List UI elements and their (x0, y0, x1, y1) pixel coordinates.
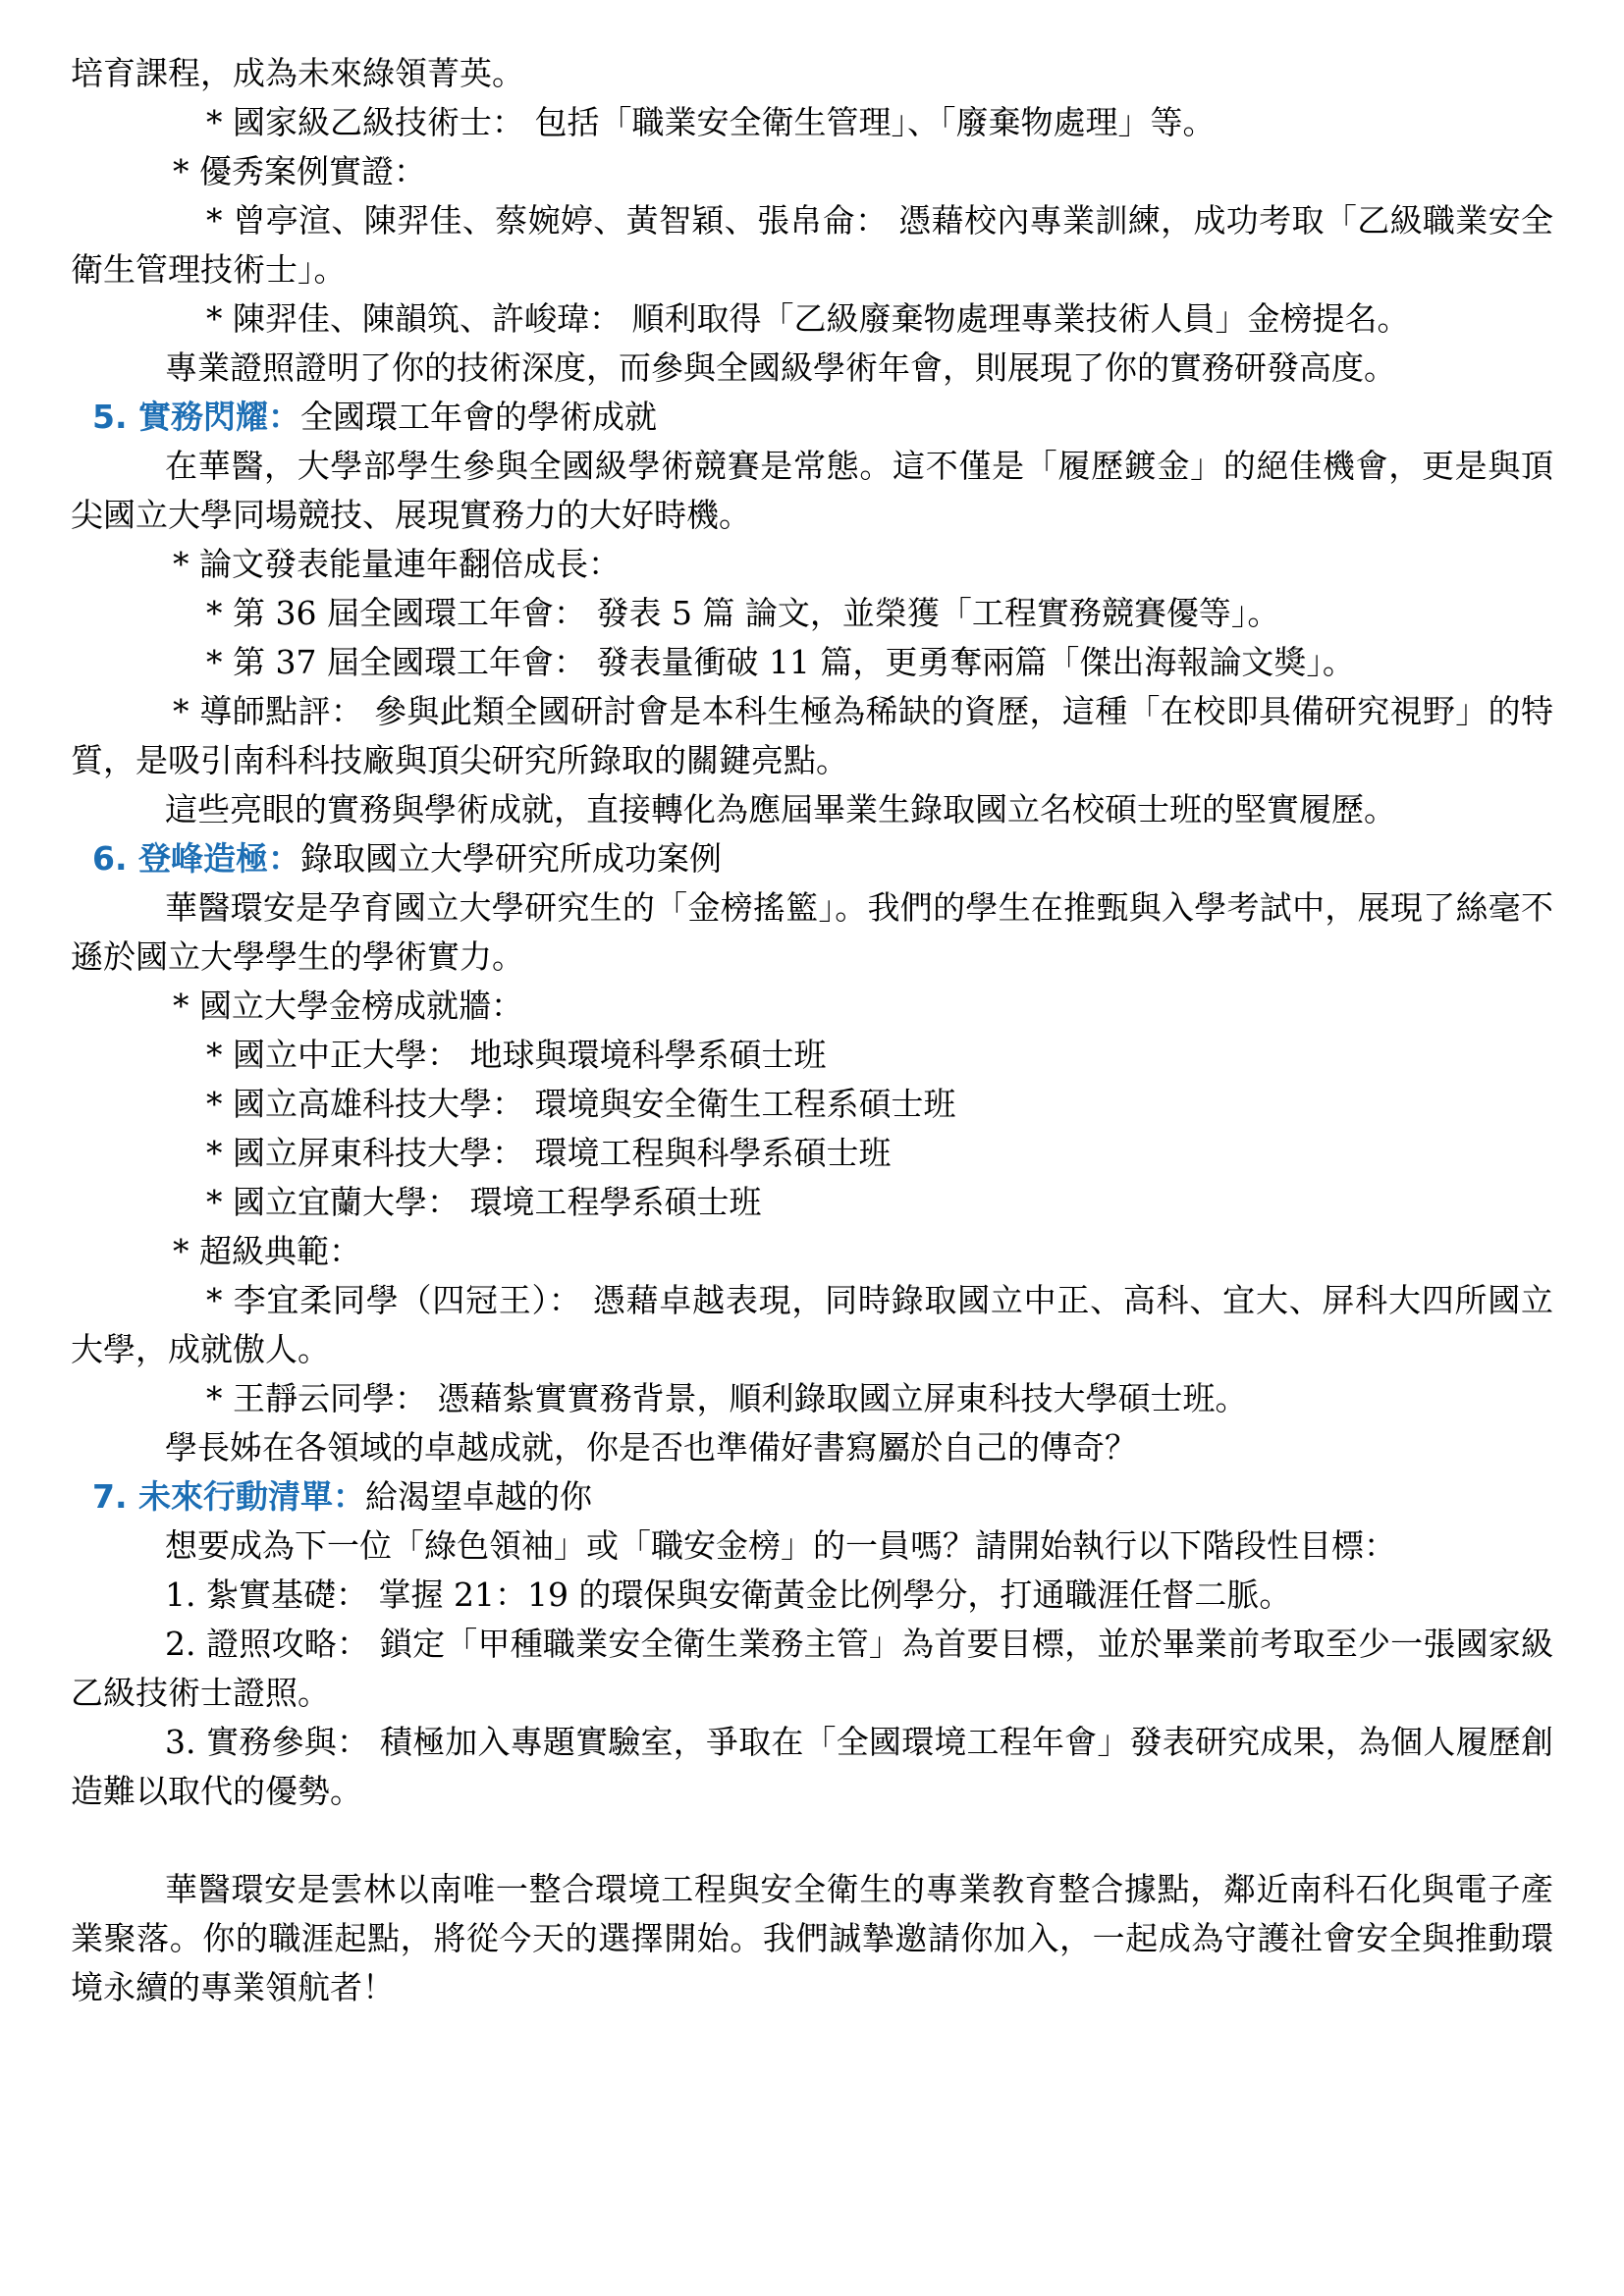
paragraph-text: 培育課程，成為未來綠領菁英。 (71, 54, 524, 92)
paragraph-text: * 國立中正大學： 地球與環境科學系碩士班 (206, 1036, 826, 1074)
paragraph: * 王靜云同學： 憑藉紮實實務背景，順利錄取國立屏東科技大學碩士班。 (71, 1374, 1553, 1423)
paragraph-text: 1. 紮實基礎： 掌握 21：19 的環保與安衛黃金比例學分，打通職涯任督二脈。 (165, 1575, 1291, 1614)
paragraph: 3. 實務參與： 積極加入專題實驗室，爭取在「全國環境工程年會」發表研究成果，為… (71, 1718, 1553, 1816)
paragraph-text: * 曾亭渲、陳羿佳、蔡婉婷、黃智穎、張帛侖： 憑藉校內專業訓練，成功考取「乙級職… (71, 201, 1553, 289)
paragraph: * 超級典範： (71, 1227, 1553, 1276)
section-heading-subtitle: 給渴望卓越的你 (365, 1477, 592, 1516)
section-heading-subtitle: 錄取國立大學研究所成功案例 (300, 839, 722, 878)
paragraph-text: * 國立高雄科技大學： 環境與安全衛生工程系碩士班 (206, 1085, 955, 1123)
paragraph: * 李宜柔同學（四冠王）： 憑藉卓越表現，同時錄取國立中正、高科、宜大、屏科大四… (71, 1276, 1553, 1374)
blank-line (71, 1816, 1553, 1865)
paragraph-text: 這些亮眼的實務與學術成就，直接轉化為應屆畢業生錄取國立名校碩士班的堅實履歷。 (165, 790, 1396, 828)
paragraph: * 導師點評： 參與此類全國研討會是本科生極為稀缺的資歷，這種「在校即具備研究視… (71, 687, 1553, 785)
section-heading-number-title: 6. 登峰造極： (92, 839, 300, 878)
paragraph-text: * 導師點評： 參與此類全國研討會是本科生極為稀缺的資歷，這種「在校即具備研究視… (71, 692, 1553, 779)
paragraph-text: 在華醫，大學部學生參與全國級學術競賽是常態。這不僅是「履歷鍍金」的絕佳機會，更是… (71, 447, 1553, 534)
paragraph-text: 華醫環安是孕育國立大學研究生的「金榜搖籃」。我們的學生在推甄與入學考試中，展現了… (71, 888, 1553, 976)
paragraph: * 曾亭渲、陳羿佳、蔡婉婷、黃智穎、張帛侖： 憑藉校內專業訓練，成功考取「乙級職… (71, 196, 1553, 294)
paragraph-text: 專業證照證明了你的技術深度，而參與全國級學術年會，則展現了你的實務研發高度。 (165, 348, 1396, 387)
paragraph-text: * 第 36 屆全國環工年會： 發表 5 篇 論文，並榮獲「工程實務競賽優等」。 (206, 594, 1279, 632)
paragraph-text: * 陳羿佳、陳韻筑、許峻瑋： 順利取得「乙級廢棄物處理專業技術人員」金榜提名。 (206, 299, 1409, 338)
section-heading-number-title: 5. 實務閃耀： (92, 398, 300, 436)
paragraph: * 國立宜蘭大學： 環境工程學系碩士班 (71, 1178, 1553, 1227)
paragraph: 1. 紮實基礎： 掌握 21：19 的環保與安衛黃金比例學分，打通職涯任督二脈。 (71, 1571, 1553, 1620)
paragraph: * 國立高雄科技大學： 環境與安全衛生工程系碩士班 (71, 1080, 1553, 1129)
paragraph-text: * 國立宜蘭大學： 環境工程學系碩士班 (206, 1183, 761, 1221)
paragraph-text: * 超級典範： (173, 1232, 361, 1270)
section-heading: 6. 登峰造極：錄取國立大學研究所成功案例 (71, 834, 1553, 883)
paragraph-text: 2. 證照攻略： 鎖定「甲種職業安全衛生業務主管」為首要目標，並於畢業前考取至少… (71, 1625, 1553, 1712)
section-heading: 5. 實務閃耀：全國環工年會的學術成就 (71, 393, 1553, 442)
section-heading: 7. 未來行動清單：給渴望卓越的你 (71, 1472, 1553, 1522)
paragraph-text: * 國立屏東科技大學： 環境工程與科學系碩士班 (206, 1134, 891, 1172)
paragraph: * 第 37 屆全國環工年會： 發表量衝破 11 篇，更勇奪兩篇「傑出海報論文獎… (71, 638, 1553, 687)
section-heading-number-title: 7. 未來行動清單： (92, 1477, 365, 1516)
paragraph: * 優秀案例實證： (71, 147, 1553, 196)
paragraph: * 第 36 屆全國環工年會： 發表 5 篇 論文，並榮獲「工程實務競賽優等」。 (71, 589, 1553, 638)
paragraph-text: 學長姊在各領域的卓越成就，你是否也準備好書寫屬於自己的傳奇？ (165, 1428, 1137, 1467)
paragraph: * 陳羿佳、陳韻筑、許峻瑋： 順利取得「乙級廢棄物處理專業技術人員」金榜提名。 (71, 294, 1553, 344)
paragraph: 學長姊在各領域的卓越成就，你是否也準備好書寫屬於自己的傳奇？ (71, 1423, 1553, 1472)
paragraph: * 國立大學金榜成就牆： (71, 982, 1553, 1031)
section-heading-subtitle: 全國環工年會的學術成就 (300, 398, 657, 436)
paragraph: 這些亮眼的實務與學術成就，直接轉化為應屆畢業生錄取國立名校碩士班的堅實履歷。 (71, 785, 1553, 834)
paragraph-text: * 李宜柔同學（四冠王）： 憑藉卓越表現，同時錄取國立中正、高科、宜大、屏科大四… (71, 1281, 1553, 1368)
paragraph-text: * 論文發表能量連年翻倍成長： (173, 545, 621, 583)
document-body: 培育課程，成為未來綠領菁英。* 國家級乙級技術士： 包括「職業安全衛生管理」、「… (71, 49, 1553, 2012)
paragraph-text: * 國立大學金榜成就牆： (173, 987, 523, 1025)
paragraph: * 論文發表能量連年翻倍成長： (71, 540, 1553, 589)
paragraph: 想要成為下一位「綠色領袖」或「職安金榜」的一員嗎？請開始執行以下階段性目標： (71, 1522, 1553, 1571)
paragraph: 華醫環安是雲林以南唯一整合環境工程與安全衛生的專業教育整合據點，鄰近南科石化與電… (71, 1865, 1553, 2012)
paragraph: * 國家級乙級技術士： 包括「職業安全衛生管理」、「廢棄物處理」等。 (71, 98, 1553, 147)
paragraph-text: * 國家級乙級技術士： 包括「職業安全衛生管理」、「廢棄物處理」等。 (206, 103, 1215, 141)
paragraph-text: 3. 實務參與： 積極加入專題實驗室，爭取在「全國環境工程年會」發表研究成果，為… (71, 1723, 1553, 1810)
paragraph: * 國立中正大學： 地球與環境科學系碩士班 (71, 1031, 1553, 1080)
paragraph-text: 想要成為下一位「綠色領袖」或「職安金榜」的一員嗎？請開始執行以下階段性目標： (165, 1526, 1396, 1565)
paragraph: * 國立屏東科技大學： 環境工程與科學系碩士班 (71, 1129, 1553, 1178)
paragraph: 華醫環安是孕育國立大學研究生的「金榜搖籃」。我們的學生在推甄與入學考試中，展現了… (71, 883, 1553, 982)
paragraph-text: 華醫環安是雲林以南唯一整合環境工程與安全衛生的專業教育整合據點，鄰近南科石化與電… (71, 1870, 1553, 2006)
paragraph-text: * 第 37 屆全國環工年會： 發表量衝破 11 篇，更勇奪兩篇「傑出海報論文獎… (206, 643, 1355, 681)
document-page: 培育課程，成為未來綠領菁英。* 國家級乙級技術士： 包括「職業安全衛生管理」、「… (0, 0, 1624, 2296)
paragraph: 在華醫，大學部學生參與全國級學術競賽是常態。這不僅是「履歷鍍金」的絕佳機會，更是… (71, 442, 1553, 540)
paragraph-text: * 優秀案例實證： (173, 152, 426, 190)
paragraph: 2. 證照攻略： 鎖定「甲種職業安全衛生業務主管」為首要目標，並於畢業前考取至少… (71, 1620, 1553, 1718)
paragraph-text: * 王靜云同學： 憑藉紮實實務背景，順利錄取國立屏東科技大學碩士班。 (206, 1379, 1247, 1417)
paragraph: 培育課程，成為未來綠領菁英。 (71, 49, 1553, 98)
paragraph: 專業證照證明了你的技術深度，而參與全國級學術年會，則展現了你的實務研發高度。 (71, 344, 1553, 393)
